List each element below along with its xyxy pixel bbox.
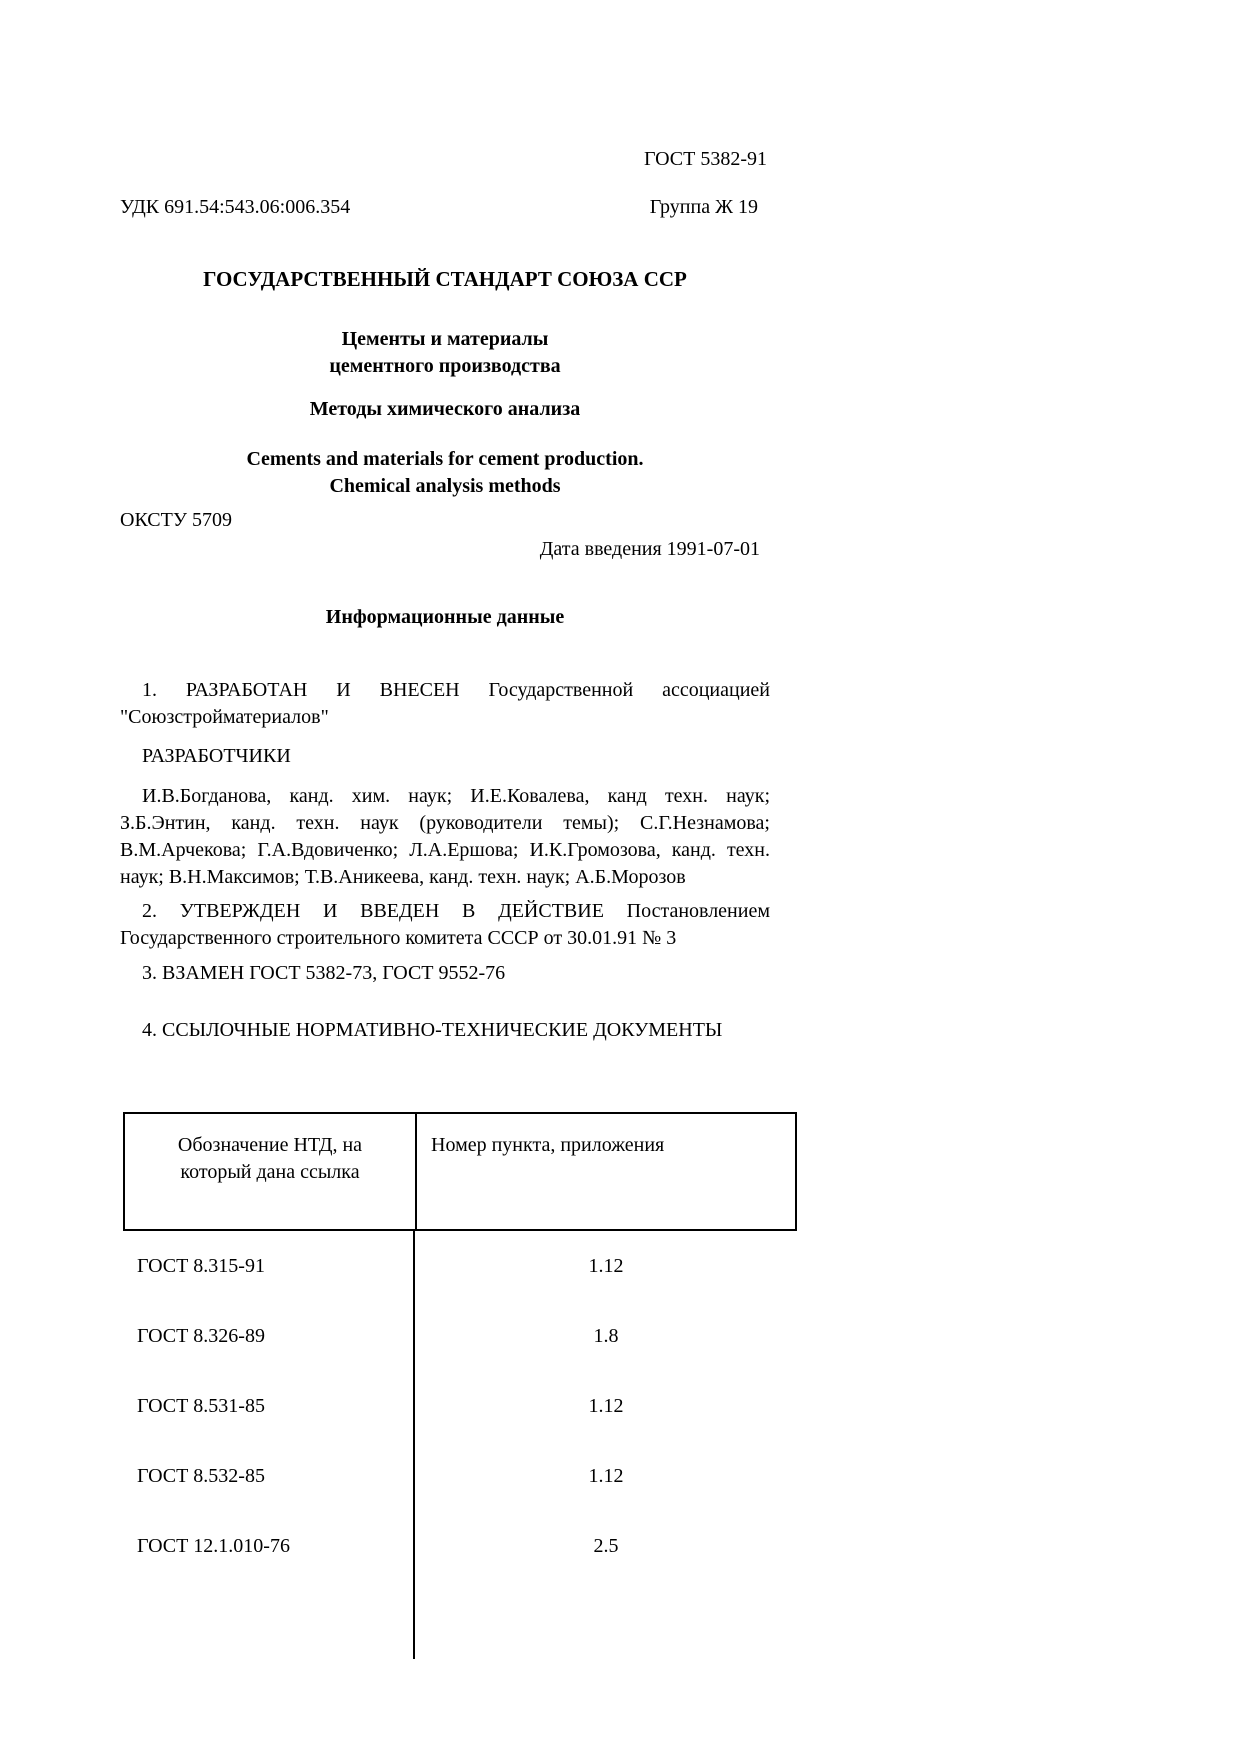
ref-cell: 1.12 [415, 1463, 797, 1490]
table-row: ГОСТ 8.531-85 1.12 [123, 1371, 797, 1441]
english-title: Cements and materials for cement product… [120, 446, 770, 500]
references-table-body: ГОСТ 8.315-91 1.12 ГОСТ 8.326-89 1.8 ГОС… [123, 1231, 797, 1659]
paragraph-developers-line-4: наук; В.Н.Максимов; Т.В.Аникеева, канд. … [120, 864, 770, 891]
introduction-date: Дата введения 1991-07-01 [120, 536, 770, 563]
ref-cell: 1.8 [415, 1323, 797, 1350]
paragraph-developed: 1. РАЗРАБОТАН И ВНЕСЕН Государственной а… [120, 677, 770, 731]
table-row: ГОСТ 8.326-89 1.8 [123, 1301, 797, 1371]
main-title: ГОСУДАРСТВЕННЫЙ СТАНДАРТ СОЮЗА ССР [120, 265, 770, 293]
udk-row: УДК 691.54:543.06:006.354 Группа Ж 19 [120, 194, 770, 221]
english-title-line-1: Cements and materials for cement product… [120, 446, 770, 473]
references-heading: 4. ССЫЛОЧНЫЕ НОРМАТИВНО-ТЕХНИЧЕСКИЕ ДОКУ… [120, 1017, 770, 1044]
table-column-divider [413, 1231, 415, 1659]
method-title: Методы химического анализа [120, 396, 770, 423]
group-label: Группа Ж 19 [650, 194, 758, 221]
column-header-ntd-line-1: Обозначение НТД, на [125, 1132, 415, 1159]
udk-code: УДК 691.54:543.06:006.354 [120, 194, 350, 221]
paragraph-developers-line-1: И.В.Богданова, канд. хим. наук; И.Е.Кова… [120, 783, 770, 810]
references-table: Обозначение НТД, на который дана ссылка … [123, 1112, 797, 1659]
ntd-cell: ГОСТ 8.532-85 [123, 1463, 415, 1490]
english-title-line-2: Chemical analysis methods [120, 473, 770, 500]
subject-title: Цементы и материалы цементного производс… [120, 326, 770, 380]
references-table-header: Обозначение НТД, на который дана ссылка … [123, 1112, 797, 1231]
developers-heading: РАЗРАБОТЧИКИ [120, 743, 770, 770]
table-row: ГОСТ 12.1.010-76 2.5 [123, 1511, 797, 1581]
ntd-cell: ГОСТ 8.531-85 [123, 1393, 415, 1420]
subject-title-line-2: цементного производства [120, 353, 770, 380]
paragraph-approved-line-1: 2. УТВЕРЖДЕН И ВВЕДЕН В ДЕЙСТВИЕ Постано… [120, 898, 770, 925]
paragraph-developers-line-3: В.М.Арчекова; Г.А.Вдовиченко; Л.А.Ершова… [120, 837, 770, 864]
subject-title-line-1: Цементы и материалы [120, 326, 770, 353]
document-page: ГОСТ 5382-91 УДК 691.54:543.06:006.354 Г… [0, 0, 1240, 1755]
column-header-ntd-line-2: который дана ссылка [125, 1159, 415, 1186]
ntd-cell: ГОСТ 8.315-91 [123, 1253, 415, 1280]
paragraph-developers: И.В.Богданова, канд. хим. наук; И.Е.Кова… [120, 783, 770, 891]
okstu-code: ОКСТУ 5709 [120, 507, 770, 534]
ref-cell: 1.12 [415, 1393, 797, 1420]
paragraph-approved: 2. УТВЕРЖДЕН И ВВЕДЕН В ДЕЙСТВИЕ Постано… [120, 898, 770, 952]
ntd-cell: ГОСТ 8.326-89 [123, 1323, 415, 1350]
paragraph-replaces: 3. ВЗАМЕН ГОСТ 5382-73, ГОСТ 9552-76 [120, 960, 770, 987]
document-content: ГОСТ 5382-91 УДК 691.54:543.06:006.354 Г… [0, 0, 770, 1659]
paragraph-developers-line-2: З.Б.Энтин, канд. техн. наук (руководител… [120, 810, 770, 837]
table-row: ГОСТ 8.532-85 1.12 [123, 1441, 797, 1511]
ref-cell: 1.12 [415, 1253, 797, 1280]
doc-number: ГОСТ 5382-91 [120, 146, 770, 173]
ref-cell: 2.5 [415, 1533, 797, 1560]
table-row: ГОСТ 8.315-91 1.12 [123, 1231, 797, 1301]
paragraph-approved-line-2: Государственного строительного комитета … [120, 925, 770, 952]
paragraph-developed-line-2: "Союзстройматериалов" [120, 704, 770, 731]
column-header-ref: Номер пункта, приложения [417, 1114, 795, 1229]
ntd-cell: ГОСТ 12.1.010-76 [123, 1533, 415, 1560]
info-data-heading: Информационные данные [120, 604, 770, 631]
column-header-ntd: Обозначение НТД, на который дана ссылка [125, 1114, 417, 1229]
paragraph-developed-line-1: 1. РАЗРАБОТАН И ВНЕСЕН Государственной а… [120, 677, 770, 704]
